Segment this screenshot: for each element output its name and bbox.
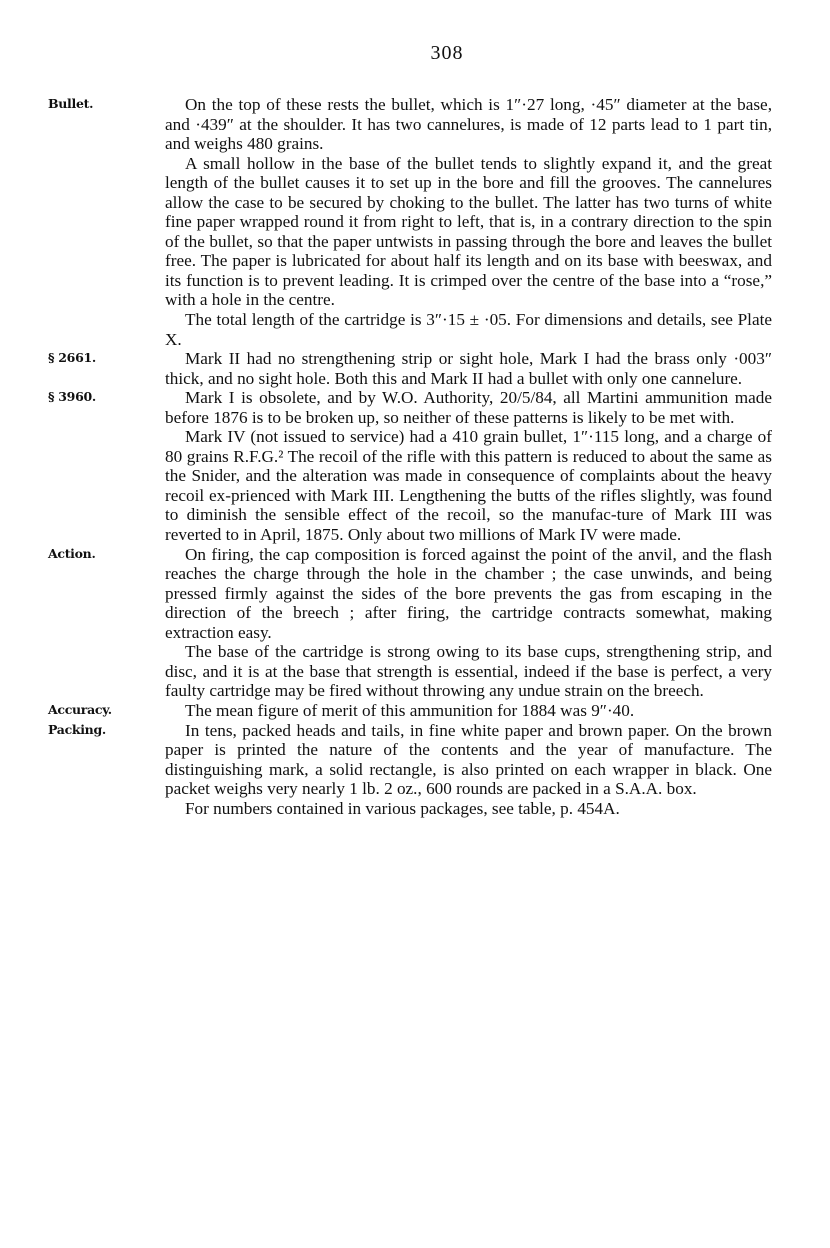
section-bullet: Bullet. On the top of these rests the bu…	[0, 95, 830, 349]
page-number: 308	[0, 42, 830, 65]
paragraph-bullet-hollow-base: A small hollow in the base of the bullet…	[165, 154, 772, 310]
section-accuracy: Accuracy. The mean figure of merit of th…	[0, 701, 830, 721]
section-packing: Packing. In tens, packed heads and tails…	[0, 721, 830, 819]
margin-note-packing: Packing.	[48, 722, 106, 737]
margin-note-2661: § 2661.	[48, 350, 96, 365]
paragraph-accuracy: The mean figure of merit of this ammunit…	[165, 701, 772, 721]
paragraph-mark-i-obsolete: Mark I is obsolete, and by W.O. Authorit…	[165, 388, 772, 427]
paragraph-cartridge-length: The total length of the cartridge is 3″·…	[165, 310, 772, 349]
margin-note-3960: § 3960.	[48, 389, 96, 404]
paragraph-mark-iv: Mark IV (not issued to service) had a 41…	[165, 427, 772, 544]
section-action: Action. On firing, the cap composition i…	[0, 545, 830, 701]
margin-note-bullet: Bullet.	[48, 96, 93, 111]
paragraph-action-firing: On firing, the cap composition is forced…	[165, 545, 772, 643]
paragraph-mark-ii: Mark II had no strengthening strip or si…	[165, 349, 772, 388]
paragraph-packages-reference: For numbers contained in various package…	[165, 799, 772, 819]
paragraph-bullet-description: On the top of these rests the bullet, wh…	[165, 95, 772, 154]
section-2661: § 2661. Mark II had no strengthening str…	[0, 349, 830, 388]
paragraph-action-base-strength: The base of the cartridge is strong owin…	[165, 642, 772, 701]
margin-note-action: Action.	[48, 546, 96, 561]
page-body: Bullet. On the top of these rests the bu…	[0, 95, 830, 818]
paragraph-packing: In tens, packed heads and tails, in fine…	[165, 721, 772, 799]
section-3960: § 3960. Mark I is obsolete, and by W.O. …	[0, 388, 830, 544]
margin-note-accuracy: Accuracy.	[48, 702, 112, 717]
